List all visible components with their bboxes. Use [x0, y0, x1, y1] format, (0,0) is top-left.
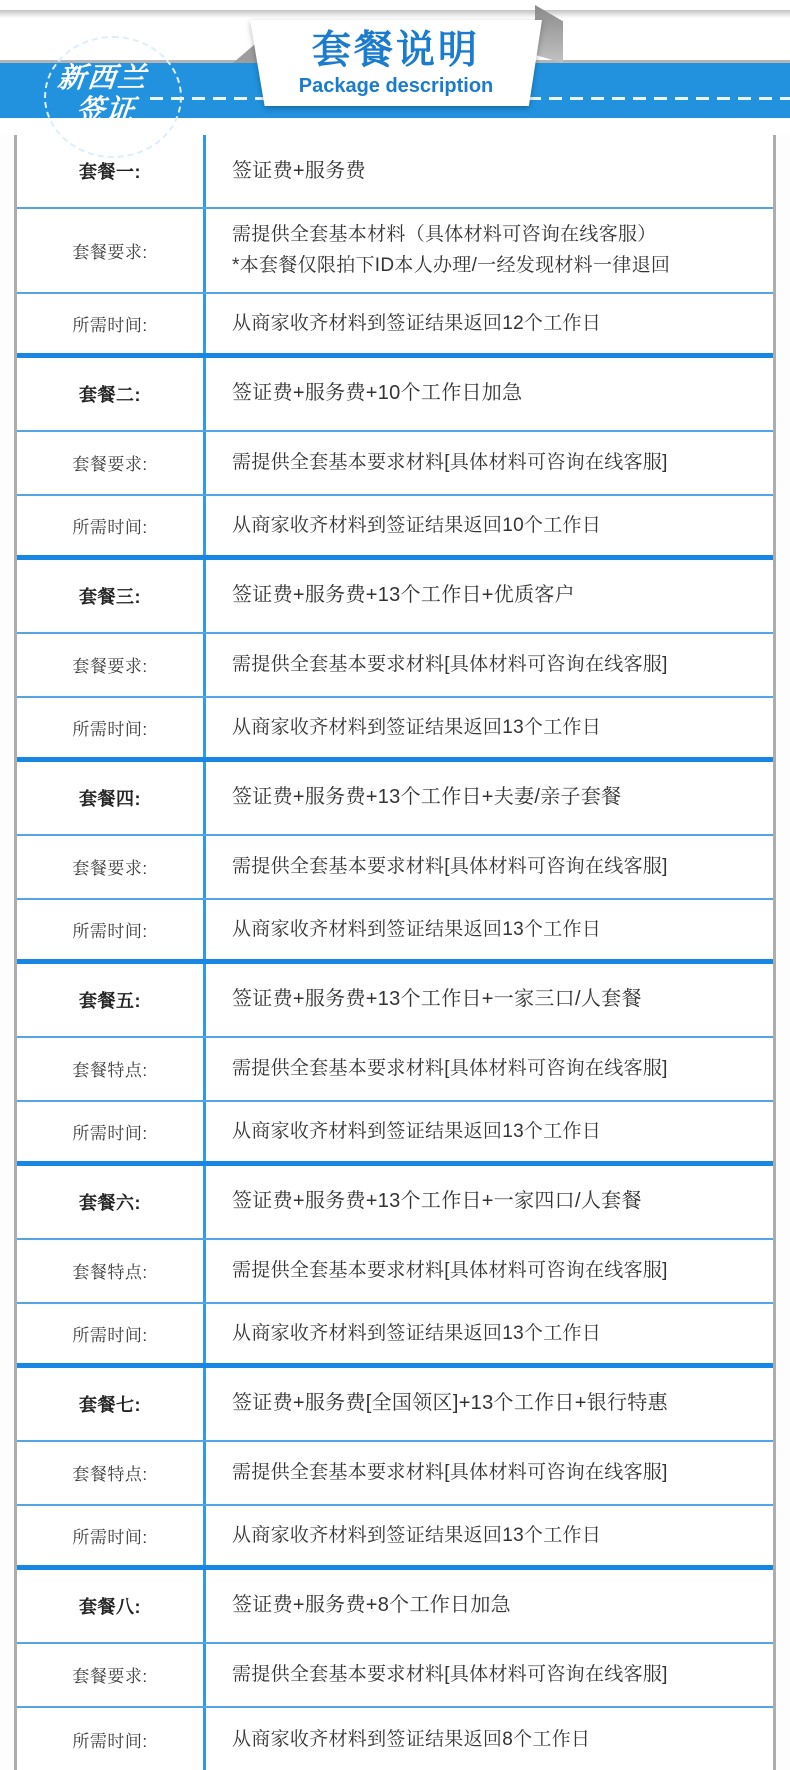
title-ribbon-box: 套餐说明 Package description [250, 20, 542, 106]
row-label: 套餐要求: [17, 209, 203, 292]
table-row: 套餐要求:需提供全套基本要求材料[具体材料可咨询在线客服] [17, 836, 773, 900]
table-row: 所需时间:从商家收齐材料到签证结果返回10个工作日 [17, 496, 773, 560]
table-row: 套餐要求:需提供全套基本要求材料[具体材料可咨询在线客服] [17, 634, 773, 698]
row-value: 需提供全套基本要求材料[具体材料可咨询在线客服] [203, 1644, 773, 1706]
row-value: 从商家收齐材料到签证结果返回13个工作日 [203, 900, 773, 959]
badge-visa-label: 签证 [53, 95, 146, 124]
row-value: 需提供全套基本要求材料[具体材料可咨询在线客服] [203, 1442, 773, 1504]
visa-country-badge: 新西兰 签证 [53, 63, 150, 125]
package-name-row: 套餐二:签证费+服务费+10个工作日加急 [17, 358, 773, 432]
row-value: 需提供全套基本要求材料[具体材料可咨询在线客服] [203, 1038, 773, 1100]
row-label: 套餐特点: [17, 1442, 203, 1504]
row-value: 签证费+服务费+8个工作日加急 [203, 1570, 773, 1642]
table-row: 所需时间:从商家收齐材料到签证结果返回13个工作日 [17, 698, 773, 762]
title-ribbon: 套餐说明 Package description [250, 20, 542, 106]
package-name-row: 套餐五:签证费+服务费+13个工作日+一家三口/人套餐 [17, 964, 773, 1038]
page-subtitle: Package description [299, 76, 494, 96]
row-value: 签证费+服务费+13个工作日+一家三口/人套餐 [203, 964, 773, 1036]
row-label: 套餐特点: [17, 1240, 203, 1302]
table-row: 套餐要求:需提供全套基本要求材料[具体材料可咨询在线客服] [17, 432, 773, 496]
row-label: 套餐六: [17, 1166, 203, 1238]
row-value: 从商家收齐材料到签证结果返回12个工作日 [203, 294, 773, 353]
top-shadow [0, 10, 790, 18]
row-value: 签证费+服务费[全国领区]+13个工作日+银行特惠 [203, 1368, 773, 1440]
row-value: 需提供全套基本材料（具体材料可咨询在线客服） *本套餐仅限拍下ID本人办理/一经… [203, 209, 773, 292]
table-row: 套餐特点:需提供全套基本要求材料[具体材料可咨询在线客服] [17, 1442, 773, 1506]
row-value: 从商家收齐材料到签证结果返回13个工作日 [203, 1304, 773, 1363]
row-label: 所需时间: [17, 698, 203, 757]
row-label: 套餐五: [17, 964, 203, 1036]
row-value: 签证费+服务费+10个工作日加急 [203, 358, 773, 430]
row-value: 签证费+服务费+13个工作日+夫妻/亲子套餐 [203, 762, 773, 834]
row-label: 套餐要求: [17, 1644, 203, 1706]
row-label: 套餐四: [17, 762, 203, 834]
row-value: 签证费+服务费+13个工作日+优质客户 [203, 560, 773, 632]
table-row: 所需时间:从商家收齐材料到签证结果返回13个工作日 [17, 1506, 773, 1570]
row-label: 套餐要求: [17, 432, 203, 494]
row-label: 所需时间: [17, 1102, 203, 1161]
package-name-row: 套餐六:签证费+服务费+13个工作日+一家四口/人套餐 [17, 1166, 773, 1240]
table-row: 套餐要求:需提供全套基本材料（具体材料可咨询在线客服） *本套餐仅限拍下ID本人… [17, 209, 773, 294]
row-label: 套餐要求: [17, 836, 203, 898]
row-label: 所需时间: [17, 1708, 203, 1770]
row-label: 套餐特点: [17, 1038, 203, 1100]
row-label: 所需时间: [17, 900, 203, 959]
row-value: 从商家收齐材料到签证结果返回8个工作日 [203, 1708, 773, 1770]
row-value: 从商家收齐材料到签证结果返回13个工作日 [203, 698, 773, 757]
package-name-row: 套餐八:签证费+服务费+8个工作日加急 [17, 1570, 773, 1644]
table-row: 所需时间:从商家收齐材料到签证结果返回12个工作日 [17, 294, 773, 358]
table-row: 所需时间:从商家收齐材料到签证结果返回13个工作日 [17, 900, 773, 964]
page-header: 新西兰 签证 套餐说明 Package description [0, 0, 790, 135]
row-value: 签证费+服务费+13个工作日+一家四口/人套餐 [203, 1166, 773, 1238]
row-label: 所需时间: [17, 1304, 203, 1363]
row-value: 从商家收齐材料到签证结果返回13个工作日 [203, 1102, 773, 1161]
row-value: 需提供全套基本要求材料[具体材料可咨询在线客服] [203, 1240, 773, 1302]
badge-country-label: 新西兰 [56, 63, 149, 92]
package-name-row: 套餐三:签证费+服务费+13个工作日+优质客户 [17, 560, 773, 634]
table-row: 套餐特点:需提供全套基本要求材料[具体材料可咨询在线客服] [17, 1240, 773, 1304]
row-label: 套餐要求: [17, 634, 203, 696]
table-row: 套餐特点:需提供全套基本要求材料[具体材料可咨询在线客服] [17, 1038, 773, 1102]
row-label: 套餐八: [17, 1570, 203, 1642]
row-value: 需提供全套基本要求材料[具体材料可咨询在线客服] [203, 836, 773, 898]
row-label: 套餐七: [17, 1368, 203, 1440]
row-value: 签证费+服务费 [203, 135, 773, 207]
row-label: 所需时间: [17, 1506, 203, 1565]
row-label: 套餐二: [17, 358, 203, 430]
table-row: 所需时间:从商家收齐材料到签证结果返回13个工作日 [17, 1304, 773, 1368]
package-table: 套餐一:签证费+服务费套餐要求:需提供全套基本材料（具体材料可咨询在线客服） *… [14, 135, 776, 1770]
row-value: 从商家收齐材料到签证结果返回10个工作日 [203, 496, 773, 555]
row-value: 需提供全套基本要求材料[具体材料可咨询在线客服] [203, 432, 773, 494]
row-label: 套餐三: [17, 560, 203, 632]
page-title: 套餐说明 [312, 31, 480, 70]
row-value: 从商家收齐材料到签证结果返回13个工作日 [203, 1506, 773, 1565]
table-row: 所需时间:从商家收齐材料到签证结果返回8个工作日 [17, 1708, 773, 1770]
package-name-row: 套餐七:签证费+服务费[全国领区]+13个工作日+银行特惠 [17, 1368, 773, 1442]
package-name-row: 套餐四:签证费+服务费+13个工作日+夫妻/亲子套餐 [17, 762, 773, 836]
row-value: 需提供全套基本要求材料[具体材料可咨询在线客服] [203, 634, 773, 696]
table-row: 所需时间:从商家收齐材料到签证结果返回13个工作日 [17, 1102, 773, 1166]
row-label: 所需时间: [17, 294, 203, 353]
row-label: 所需时间: [17, 496, 203, 555]
table-row: 套餐要求:需提供全套基本要求材料[具体材料可咨询在线客服] [17, 1644, 773, 1708]
